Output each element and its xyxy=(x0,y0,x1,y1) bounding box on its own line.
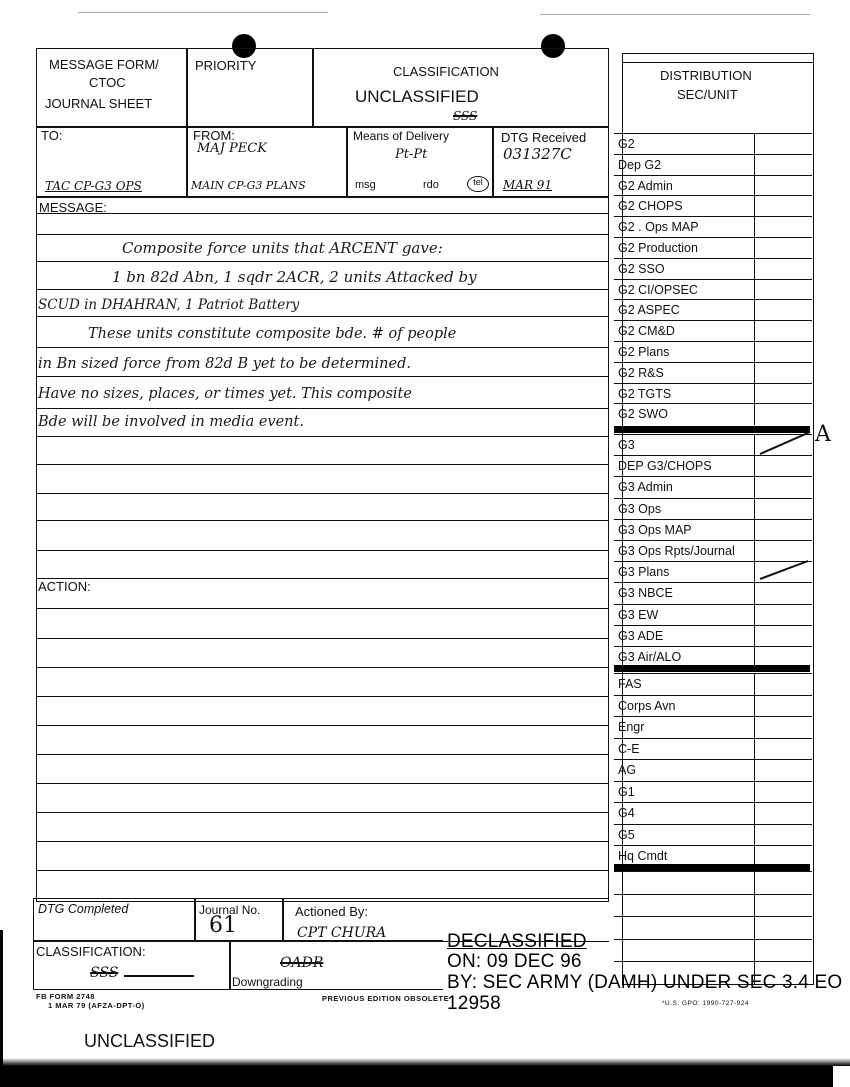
distribution-check-cell[interactable] xyxy=(754,520,812,541)
distribution-row[interactable]: G3 Ops xyxy=(614,498,812,519)
rule-line xyxy=(36,696,608,697)
rule-line xyxy=(36,638,608,639)
distribution-row-label: G3 EW xyxy=(618,608,658,622)
distribution-row-label: G3 Admin xyxy=(618,480,673,494)
distribution-row[interactable]: G2 Production xyxy=(614,237,812,258)
message-line: Have no sizes, places, or times yet. Thi… xyxy=(38,386,412,402)
distribution-row-label: Hq Cmdt xyxy=(618,849,667,863)
distribution-check-cell[interactable] xyxy=(754,155,812,176)
rule-line xyxy=(36,261,608,262)
distribution-check-cell[interactable] xyxy=(754,717,812,738)
distribution-check-cell[interactable] xyxy=(754,259,812,280)
means-option-tel[interactable]: tel xyxy=(467,176,489,192)
footer-classification-box[interactable]: CLASSIFICATION: SSS xyxy=(33,940,231,990)
actioned-by-value: CPT CHURA xyxy=(297,925,386,941)
distribution-row-label: AG xyxy=(618,763,636,777)
distribution-check-cell[interactable] xyxy=(754,872,812,895)
scan-artifact xyxy=(540,14,810,15)
scan-bottom-edge-fade xyxy=(0,1058,850,1066)
means-value: Pt-Pt xyxy=(395,147,427,162)
form-number-line2: 1 MAR 79 (AFZA-DPT-O) xyxy=(48,1001,145,1010)
distribution-row-label: G2 Production xyxy=(618,241,698,255)
distribution-row[interactable]: Dep G2 xyxy=(614,154,812,175)
distribution-check-cell[interactable] xyxy=(754,238,812,259)
distribution-row-label: G3 ADE xyxy=(618,629,663,643)
distribution-row[interactable]: Corps Avn xyxy=(614,695,812,716)
rule-line xyxy=(36,436,608,437)
classification-label: CLASSIFICATION xyxy=(393,64,499,79)
distribution-check-cell[interactable] xyxy=(754,280,812,301)
annotation-a: A xyxy=(815,422,831,447)
section-divider xyxy=(614,665,810,672)
dtg-completed-label: DTG Completed xyxy=(38,902,128,916)
distribution-row[interactable]: G3 Air/ALO xyxy=(614,646,812,667)
distribution-check-cell[interactable] xyxy=(754,696,812,717)
distribution-row-label: G2 ASPEC xyxy=(618,303,680,317)
rule-line xyxy=(36,376,608,377)
dtg-received-value: 031327C xyxy=(503,145,572,163)
gpo-note: *U.S. GPO: 1990-727-924 xyxy=(662,1000,749,1007)
distribution-row[interactable]: G2 CM&D xyxy=(614,320,812,341)
distribution-row[interactable]: C-E xyxy=(614,738,812,759)
distribution-row[interactable]: G3 ADE xyxy=(614,625,812,646)
footer-classification-label: CLASSIFICATION: xyxy=(36,944,146,959)
rule-line xyxy=(36,754,608,755)
distribution-row-label: G3 Air/ALO xyxy=(618,650,681,664)
distribution-check-cell[interactable] xyxy=(754,342,812,363)
distribution-subtitle: SEC/UNIT xyxy=(677,87,738,102)
dtg-received-label: DTG Received xyxy=(501,130,586,145)
means-option-msg[interactable]: msg xyxy=(355,179,376,191)
distribution-row-label: G2 SWO xyxy=(618,407,668,421)
strike-line xyxy=(124,975,194,977)
rule-line xyxy=(36,520,608,521)
from-box[interactable]: FROM: MAJ PECK MAIN CP-G3 PLANS xyxy=(186,126,348,198)
downgrading-label: Downgrading xyxy=(232,975,303,989)
priority-label: PRIORITY xyxy=(195,58,256,73)
footer-classification-struck: SSS xyxy=(90,965,118,981)
actioned-by-label: Actioned By: xyxy=(295,904,368,919)
distribution-row[interactable]: G3 Admin xyxy=(614,476,812,497)
downgrading-struck: OADR xyxy=(280,955,323,971)
distribution-row-label: Engr xyxy=(618,720,644,734)
rule-line xyxy=(36,667,608,668)
distribution-check-cell[interactable] xyxy=(754,803,812,824)
section-divider xyxy=(614,864,810,871)
distribution-row-label: G4 xyxy=(618,806,635,820)
rule-line xyxy=(36,408,608,409)
message-line: These units constitute composite bde. # … xyxy=(88,326,456,342)
rule-line xyxy=(36,550,608,551)
declass-line3: BY: SEC ARMY (DAMH) UNDER SEC 3.4 EO xyxy=(447,972,842,994)
distribution-check-cell[interactable] xyxy=(754,363,812,384)
rule-line xyxy=(36,578,608,579)
rule-line xyxy=(36,841,608,842)
check-mark-g3 xyxy=(758,428,818,458)
classification-struck: SSS xyxy=(453,109,477,123)
bottom-classification: UNCLASSIFIED xyxy=(84,1031,215,1052)
rule-line xyxy=(36,213,608,214)
dtg-completed-box[interactable]: DTG Completed xyxy=(33,898,196,942)
distribution-row[interactable]: G2 Admin xyxy=(614,175,812,196)
distribution-check-cell[interactable] xyxy=(754,196,812,217)
distribution-row[interactable]: G2 R&S xyxy=(614,362,812,383)
tel-option-label: tel xyxy=(473,177,483,187)
from-value: MAIN CP-G3 PLANS xyxy=(191,179,306,192)
message-line: Bde will be involved in media event. xyxy=(38,414,304,430)
distribution-row-label: G3 Ops MAP xyxy=(618,523,692,537)
journal-no-value: 61 xyxy=(209,913,237,938)
distribution-check-cell[interactable] xyxy=(754,760,812,781)
distribution-check-cell[interactable] xyxy=(754,477,812,498)
distribution-check-cell[interactable] xyxy=(754,176,812,197)
distribution-row-label: Corps Avn xyxy=(618,699,675,713)
classification-box: CLASSIFICATION UNCLASSIFIED SSS xyxy=(312,48,609,128)
declass-line4: 12958 xyxy=(447,993,501,1015)
means-option-rdo[interactable]: rdo xyxy=(423,179,439,191)
rule-line xyxy=(36,812,608,813)
distribution-check-cell[interactable] xyxy=(754,456,812,477)
form-title-line2: CTOC xyxy=(89,75,126,90)
distribution-row-label: C-E xyxy=(618,742,640,756)
dtg-received-month: MAR 91 xyxy=(503,178,552,192)
form-title-box: MESSAGE FORM/ CTOC JOURNAL SHEET xyxy=(36,48,188,128)
rule-line xyxy=(36,316,608,317)
rule-line xyxy=(36,725,608,726)
distribution-row[interactable]: G1 xyxy=(614,781,812,802)
distribution-row[interactable]: AG xyxy=(614,759,812,780)
scan-left-edge xyxy=(0,930,3,1080)
distribution-check-cell[interactable] xyxy=(754,782,812,803)
distribution-row-blank[interactable] xyxy=(614,871,812,894)
form-title-line1: MESSAGE FORM/ xyxy=(49,57,159,72)
distribution-row-label: G2 R&S xyxy=(618,366,664,380)
distribution-row-blank[interactable] xyxy=(614,939,812,962)
message-line: Composite force units that ARCENT gave: xyxy=(122,239,443,257)
distribution-row[interactable]: G3 NBCE xyxy=(614,582,812,603)
distribution-row-label: DEP G3/CHOPS xyxy=(618,459,712,473)
distribution-row-label: G2 CI/OPSEC xyxy=(618,283,698,297)
distribution-row-blank[interactable] xyxy=(614,916,812,939)
distribution-check-cell[interactable] xyxy=(754,404,812,425)
distribution-row-label: G3 Ops Rpts/Journal xyxy=(618,544,735,558)
distribution-row-label: G2 CM&D xyxy=(618,324,675,338)
distribution-row-label: G2 CHOPS xyxy=(618,199,683,213)
distribution-row[interactable]: G2 SSO xyxy=(614,258,812,279)
distribution-row[interactable]: G4 xyxy=(614,802,812,823)
distribution-row-label: G3 xyxy=(618,438,635,452)
distribution-row-label: G3 Plans xyxy=(618,565,669,579)
check-mark-g3-plans xyxy=(758,558,813,583)
previous-edition-note: PREVIOUS EDITION OBSOLETE xyxy=(322,994,449,1003)
declass-line1: DECLASSIFIED xyxy=(447,931,587,953)
dtg-received-box[interactable]: DTG Received 031327C MAR 91 xyxy=(492,126,609,198)
distribution-check-cell[interactable] xyxy=(754,674,812,695)
distribution-row-label: G2 Plans xyxy=(618,345,669,359)
journal-no-box[interactable]: Journal No. 61 xyxy=(194,898,284,942)
to-value: TAC CP-G3 OPS xyxy=(45,179,142,193)
distribution-check-cell[interactable] xyxy=(754,917,812,940)
distribution-check-cell[interactable] xyxy=(754,583,812,604)
distribution-row-label: G3 Ops xyxy=(618,502,661,516)
distribution-check-cell[interactable] xyxy=(754,134,812,155)
message-line: SCUD in DHAHRAN, 1 Patriot Battery xyxy=(38,297,299,313)
downgrading-box[interactable]: OADR Downgrading xyxy=(229,940,443,990)
distribution-row[interactable]: G2 CHOPS xyxy=(614,195,812,216)
distribution-row-label: G2 SSO xyxy=(618,262,665,276)
distribution-row[interactable]: G3 Ops MAP xyxy=(614,519,812,540)
distribution-check-cell[interactable] xyxy=(754,384,812,405)
rule-line xyxy=(36,347,608,348)
distribution-row-blank[interactable] xyxy=(614,894,812,917)
distribution-row[interactable]: G2 CI/OPSEC xyxy=(614,279,812,300)
to-label: TO: xyxy=(41,128,62,143)
means-label: Means of Delivery xyxy=(353,129,449,143)
distribution-row[interactable]: Hq Cmdt xyxy=(614,845,812,866)
distribution-check-cell[interactable] xyxy=(754,217,812,238)
from-name: MAJ PECK xyxy=(197,141,267,156)
to-box[interactable]: TO: TAC CP-G3 OPS xyxy=(36,126,188,198)
distribution-row-label: G2 . Ops MAP xyxy=(618,220,699,234)
distribution-check-cell[interactable] xyxy=(754,321,812,342)
distribution-row-label: Dep G2 xyxy=(618,158,661,172)
distribution-row[interactable]: G2 SWO xyxy=(614,403,812,424)
distribution-row-label: G2 Admin xyxy=(618,179,673,193)
distribution-row-label: G5 xyxy=(618,828,635,842)
distribution-row[interactable]: G3 EW xyxy=(614,604,812,625)
message-line: in Bn sized force from 82d B yet to be d… xyxy=(38,356,411,372)
form-title-line3: JOURNAL SHEET xyxy=(45,96,152,111)
distribution-title: DISTRIBUTION xyxy=(660,68,752,83)
distribution-row[interactable]: Engr xyxy=(614,716,812,737)
rule-line xyxy=(36,783,608,784)
classification-value: UNCLASSIFIED xyxy=(355,87,479,107)
distribution-row-label: G1 xyxy=(618,785,635,799)
distribution-row-label: G3 NBCE xyxy=(618,586,673,600)
distribution-row[interactable]: DEP G3/CHOPS xyxy=(614,455,812,476)
distribution-check-cell[interactable] xyxy=(754,739,812,760)
distribution-row-label: FAS xyxy=(618,677,642,691)
declass-line2: ON: 09 DEC 96 xyxy=(447,951,582,973)
distribution-check-cell[interactable] xyxy=(754,626,812,647)
distribution-row[interactable]: G2 TGTS xyxy=(614,383,812,404)
distribution-row[interactable]: G2 Plans xyxy=(614,341,812,362)
distribution-row-label: G2 xyxy=(618,137,635,151)
distribution-check-cell[interactable] xyxy=(754,499,812,520)
action-label: ACTION: xyxy=(38,579,91,594)
rule-line xyxy=(36,289,608,290)
distribution-row[interactable]: G2 xyxy=(614,133,812,154)
distribution-row[interactable]: G5 xyxy=(614,824,812,845)
distribution-check-cell[interactable] xyxy=(754,300,812,321)
priority-box[interactable]: PRIORITY xyxy=(186,48,314,128)
distribution-check-cell[interactable] xyxy=(754,605,812,626)
message-line: 1 bn 82d Abn, 1 sqdr 2ACR, 2 units Attac… xyxy=(112,268,477,286)
distribution-row[interactable]: G2 . Ops MAP xyxy=(614,216,812,237)
form-number-line1: FB FORM 2748 xyxy=(36,992,95,1001)
rule-line xyxy=(36,234,608,235)
rule-line xyxy=(36,464,608,465)
scan-bottom-edge xyxy=(0,1066,833,1087)
distribution-row[interactable]: FAS xyxy=(614,673,812,694)
rule-line xyxy=(36,493,608,494)
distribution-top-rule xyxy=(622,62,814,63)
distribution-check-cell[interactable] xyxy=(754,825,812,846)
scan-artifact xyxy=(78,12,328,13)
distribution-row[interactable]: G2 ASPEC xyxy=(614,299,812,320)
distribution-row-label: G2 TGTS xyxy=(618,387,671,401)
rule-line xyxy=(36,870,608,871)
distribution-check-cell[interactable] xyxy=(754,895,812,918)
rule-line xyxy=(36,608,608,609)
distribution-check-cell[interactable] xyxy=(754,940,812,963)
means-of-delivery-box[interactable]: Means of Delivery Pt-Pt msg rdo tel xyxy=(346,126,494,198)
